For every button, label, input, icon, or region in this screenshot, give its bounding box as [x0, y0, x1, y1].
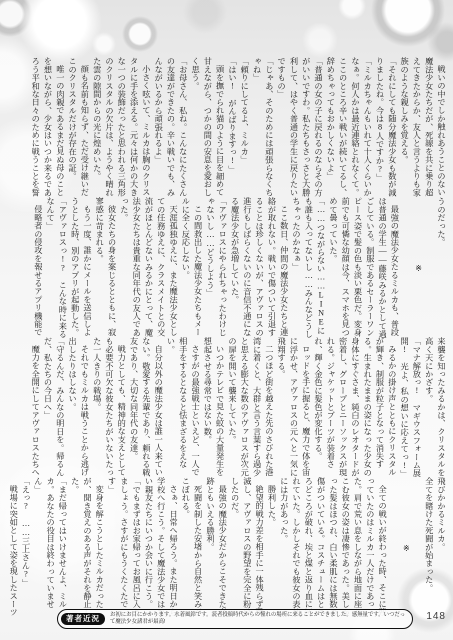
- paragraph: 顔も名前も知らず、ただ受け継いだこのクリスタルだけが存在の証。: [66, 57, 91, 198]
- paragraph: みるかの掛け声とともにクリスタルが輝き、制服が粒子となって消失する。生まれたまま…: [312, 337, 398, 478]
- author-note-label: 著者近況: [61, 613, 105, 625]
- paragraph: うのだった。: [435, 197, 447, 338]
- text-band-4: 飛びかかるミルカ。 全てを賭けた死闘が始まった。 ※ 全ての戦いが終わった時、そ…: [11, 477, 447, 618]
- paragraph: 「まだ帰ってはいけませんよ、ミルカ。あなたの役目は終わっていません」: [32, 477, 69, 618]
- paragraph: 勝利した。: [265, 477, 277, 618]
- paragraph: 最強の魔法少女だからこそできた奇跡ともいえる勝利。: [204, 477, 229, 618]
- paragraph: 「アヴァロスにやられちゃったわけじゃないし……どうしよう」: [204, 197, 229, 338]
- paragraph: 戦場に突如として姿を現したスーツ: [7, 477, 19, 618]
- paragraph: 全ての戦いが終わった時、そこに残っていたのはミルカ一人だけであった。肩で荒い息を…: [277, 477, 388, 618]
- author-note-text: お初にお目にかかります。水着風鈴です。読者投稿時代からの憧れの場所に来ることがで…: [110, 612, 406, 626]
- paragraph: 「お母さん、私ね。こんなにたくさんの友達ができたの。辛い戦いでも、みんながいるか…: [152, 57, 189, 198]
- paragraph: さぁ、日常へ帰ろう。また明日から学校へ行こう。そして魔法少女ではない親友たちにい…: [142, 477, 179, 618]
- text-band-3: 来襲を知ったみるかは、クリスタルを高く天にかざす。 「マナ解放っ! マギウスフォ…: [11, 337, 447, 478]
- paragraph: 戦力としても、精神的な支えとしても必要不可欠な彼女たちがいないたった一人きりの戦…: [90, 337, 127, 478]
- paragraph: 「守るんだ、みんなの明日を。帰るんだ、私たちの今日へ」: [41, 337, 66, 478]
- paragraph: 「マナ解放っ! マギウスフォーム展開! 光よ、私の想いに応えてっ!」: [398, 337, 423, 478]
- paragraph: 死闘を制した安堵から自然と笑みがこぼれる。: [179, 477, 204, 618]
- paragraph: ここ数日、仲間の魔法少女たちと連絡が取れない。戦いで傷ついて引退することは珍しく…: [228, 197, 289, 338]
- paragraph: 「それにしても随分魔法少女も数が減りましたね。今は8人ですか?」: [373, 57, 398, 198]
- section-break-symbol: ※: [411, 197, 423, 338]
- paragraph: 「アヴァロスっ!? こんな時に来るなんて」: [44, 197, 69, 338]
- paragraph: 変身を解こうとしたミルカだったが、聞き覚えのある声がそれを静止した。: [68, 477, 105, 618]
- paragraph: ロッドを手に握ると、魔力で体を宙に浮かせ、アヴァロスの元へと一気に飛翔する。: [275, 337, 312, 478]
- paragraph: 戦いの中でしか触れあうことのない魔法少女たちだが、死線を共に乗り超えてきたからか…: [398, 57, 447, 198]
- paragraph: 「ミルカちゃんもいれて十人くらいかなぁ。何人かは最近連絡とれなくて。ここのところ…: [324, 57, 373, 198]
- paragraph: 「頼りにしてるよ、ミルカ」: [238, 57, 250, 198]
- paragraph: もう一度、誰かにメールを送信しようとした時、別のアプリが起動した。: [68, 197, 93, 338]
- paragraph: 侵略者の侵攻を報せるアプリ機能で: [32, 197, 44, 338]
- paragraph: 全てを賭けた死闘が始まった。: [422, 477, 434, 618]
- paragraph: 最強の魔法少女たるミルカも、普段は普通の学生――藤咲みるかとして過ごしている。制…: [327, 197, 401, 338]
- paragraph: 小さく呟いて、ミルカは胸のクリスタルに手を添える。元々は何かの大きな一つの装飾だ…: [90, 57, 151, 198]
- page-number: 148: [426, 611, 446, 622]
- paragraph: それでもミルカは戦うことから逃げ出したりはしない。: [66, 337, 91, 478]
- paragraph: 「普通の女の子に戻れるのならその方がいいですわ。私たちもさっさと大勝利して、はや…: [275, 57, 324, 198]
- paragraph: 「でもまずはお家帰ってお風呂に入りましょう。さすがにもうくたくたです」: [105, 477, 142, 618]
- paragraph: 頭を撫でられ猫のように目を細めて甘えながら、つかの間の安息を愛おしく思う。: [189, 57, 226, 198]
- paragraph: 絶望的戦力差を相手に一体残らず殲滅し、アヴァロスの野望を完全に粉砕したのだ。: [228, 477, 265, 618]
- paragraph: 「……つながらない……LINEにも誰も入ってないし……みんなどうしちゃったのかな…: [290, 197, 327, 338]
- paragraph: 彼女たちの身を案じるとともに、寂寥感に苛まれる。: [93, 197, 118, 338]
- paragraph: さすがの最強戦士といえど、一人で相手をするとなると怯まざるをえない。: [164, 337, 201, 478]
- paragraph: 「えっ? ……三上さん?」: [19, 477, 31, 618]
- text-band-1: 戦いの中でしか触れあうことのない魔法少女たちだが、死線を共に乗り超えてきたからか…: [11, 57, 447, 198]
- text-band-2: うのだった。 ※ 最強の魔法少女たるミルカも、普段は普通の学生――藤咲みるかとし…: [11, 197, 447, 338]
- paragraph: この間救出した魔法少女たちもメールに全く反応しない。: [179, 197, 204, 338]
- paragraph: 唯一の肉親であるまだ見ぬ母のことを想いながら、少女はいつか来るであろう平和な日々…: [29, 57, 66, 198]
- paragraph: 「はい! がんばりますっ!」: [226, 57, 238, 198]
- section-break-symbol: ※: [399, 477, 411, 618]
- paragraph: 来襲を知ったみるかは、クリスタルを高く天にかざす。: [422, 337, 447, 478]
- paragraph: 魔力を全開にしてアヴァロスたちへ: [29, 337, 41, 478]
- paragraph: 自分以外の魔法少女は誰一人来ていない。敬愛する先輩であり、頼れる戦友であり、大切…: [127, 337, 164, 478]
- paragraph: 二つほど街を越えた先のさびれた港湾に着くと、大群と言う言葉すら過少と思える膨大な…: [226, 337, 275, 478]
- paragraph: 「じゃあ、そのためには頑張らなくちゃね」: [250, 57, 275, 198]
- paragraph: 天涯孤独ゆえに、また魔法少女としての任務ゆえに、クラスメイトとの交流がほとんどな…: [118, 197, 179, 338]
- author-note-box: 著者近況 お初にお目にかかります。水着風鈴です。読者投稿時代からの憧れの場所に来…: [57, 609, 413, 629]
- paragraph: いつかテレビで見た蚊の大量発生を想起させる尋常ではない数。: [201, 337, 226, 478]
- paragraph: 飛びかかるミルカ。: [435, 477, 447, 618]
- page-background: 戦いの中でしか触れあうことのない魔法少女たちだが、死線を共に乗り超えてきたからか…: [0, 0, 453, 640]
